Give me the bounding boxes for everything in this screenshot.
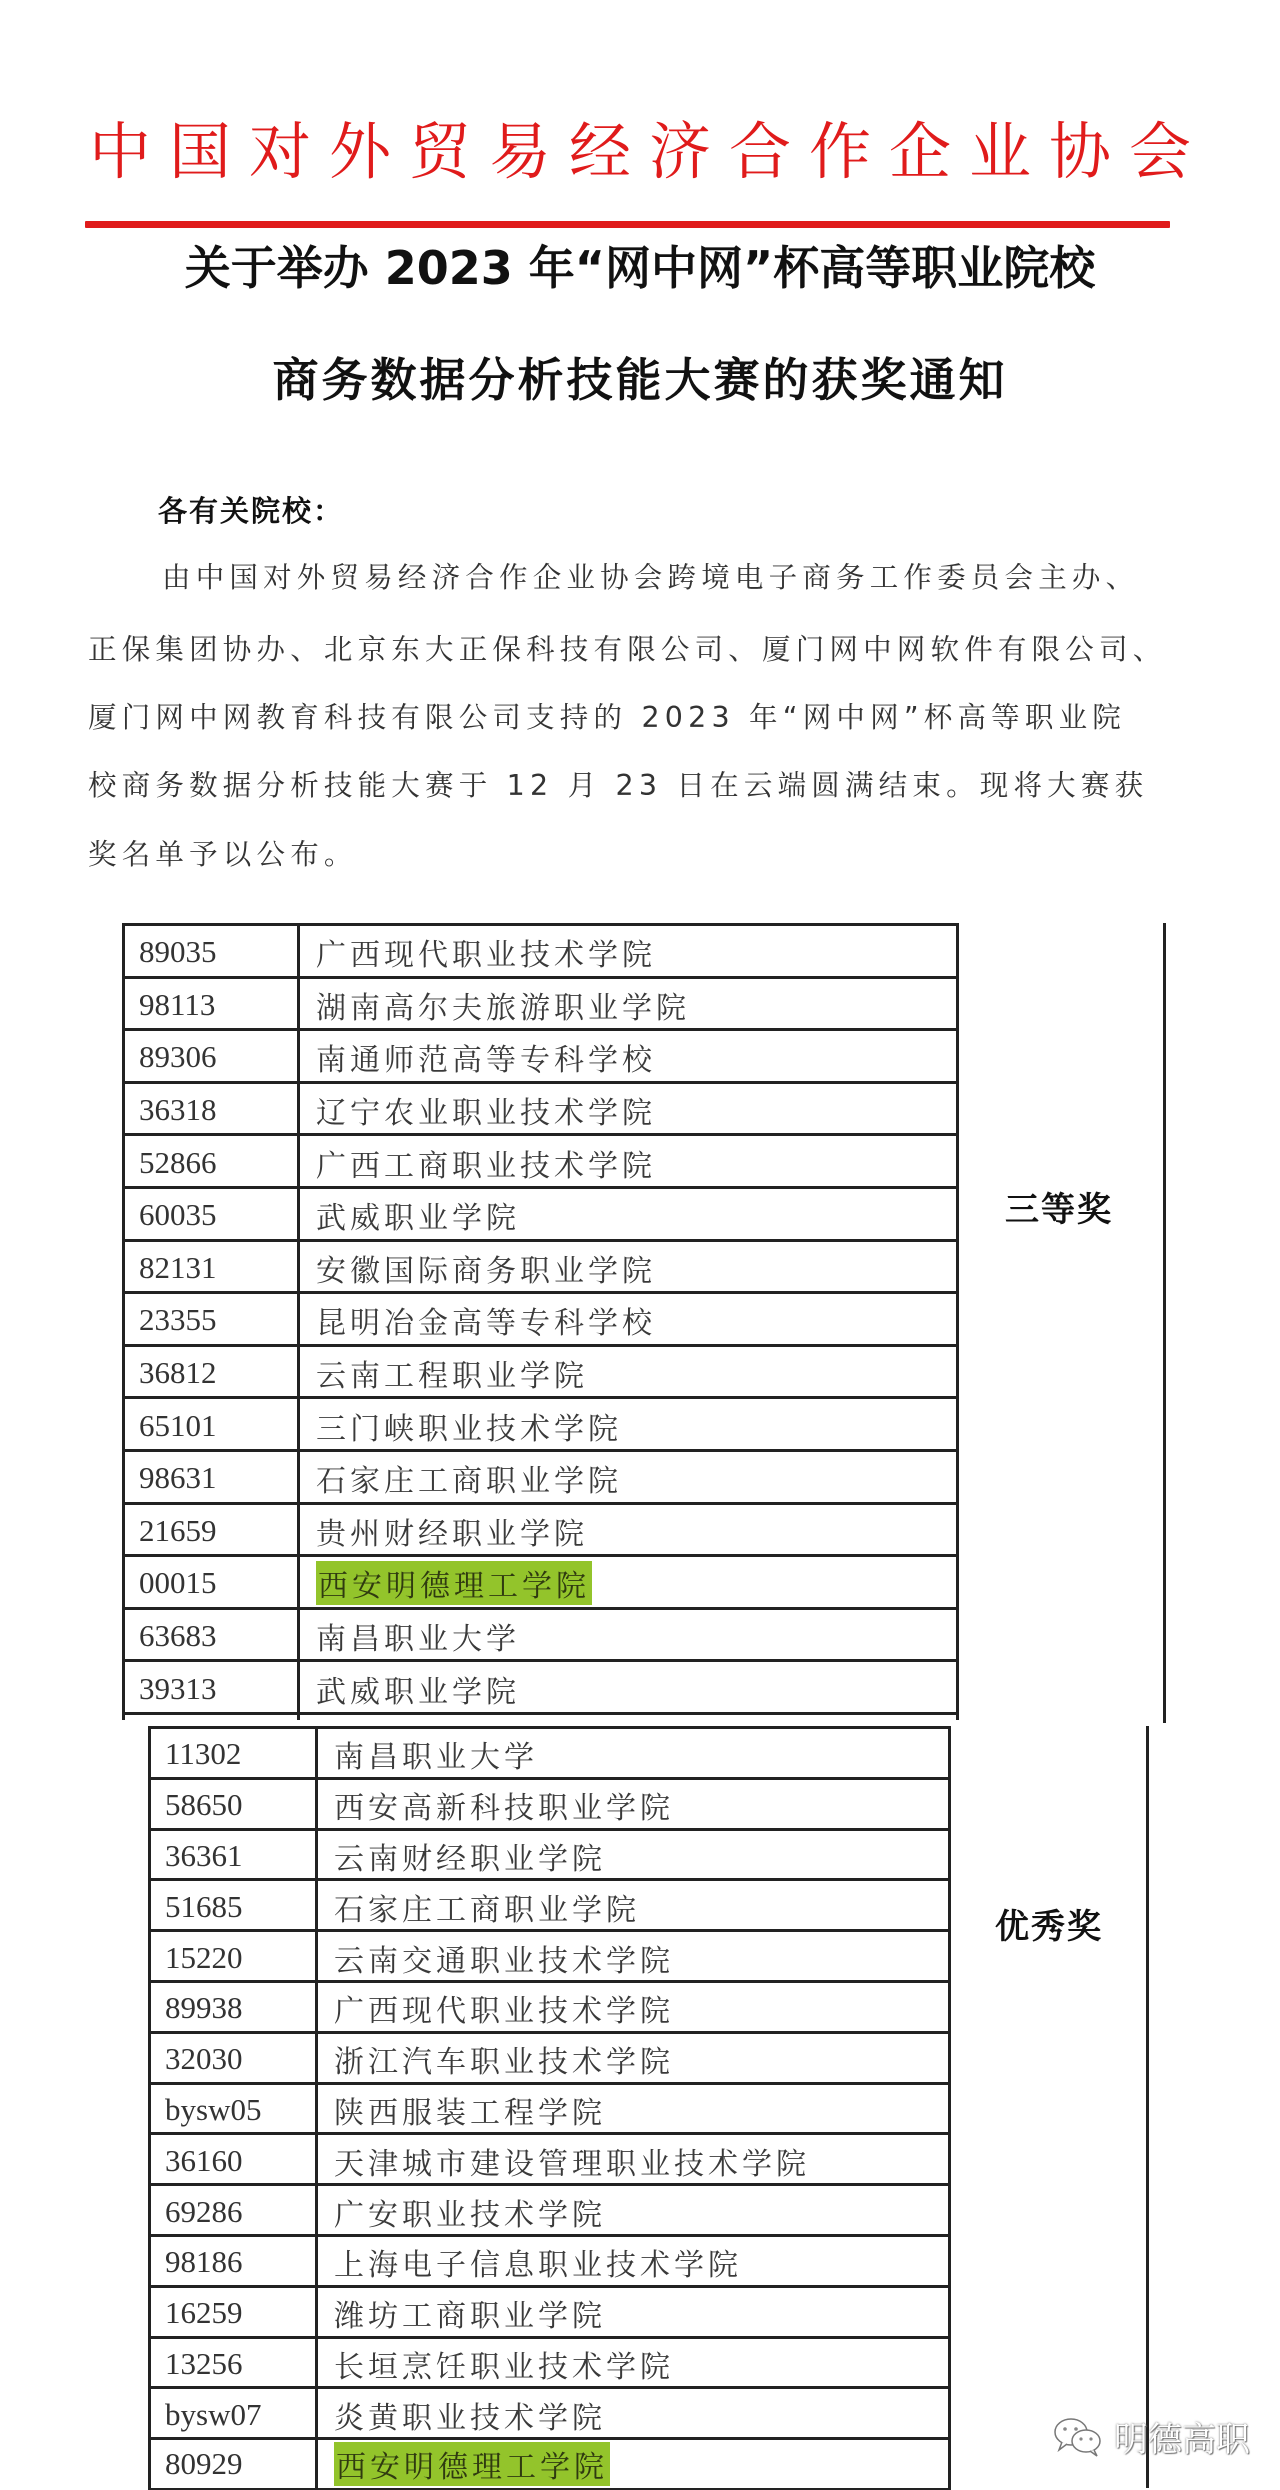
team-id-cell: 36361 <box>151 1831 318 1882</box>
org-char: 协 <box>1040 102 1120 191</box>
team-id-cell: 98113 <box>125 979 300 1032</box>
school-name-cell: 贵州财经职业学院 <box>300 1505 956 1558</box>
school-name: 潍坊工商职业学院 <box>334 2291 606 2335</box>
document-title-line-1: 关于举办 2023 年“网中网”杯高等职业院校 <box>0 232 1280 298</box>
table-row: 39313武威职业学院 <box>122 1659 959 1715</box>
team-id-cell: 52866 <box>125 1136 300 1189</box>
org-char: 合 <box>720 102 800 191</box>
team-id-cell: 89035 <box>125 926 300 979</box>
school-name-cell: 云南交通职业技术学院 <box>318 1932 948 1983</box>
watermark-text: 明德高职 <box>1114 2412 1250 2461</box>
team-id-cell: 89938 <box>151 1983 318 2034</box>
school-name-cell: 武威职业学院 <box>300 1662 956 1715</box>
team-id-cell: 51685 <box>151 1881 318 1932</box>
table-row: 89938广西现代职业技术学院 <box>148 1980 951 2034</box>
team-id-cell: 15220 <box>151 1932 318 1983</box>
school-name-cell: 石家庄工商职业学院 <box>300 1452 956 1505</box>
school-name: 云南交通职业技术学院 <box>334 1936 674 1980</box>
school-name: 浙江汽车职业技术学院 <box>334 2037 674 2081</box>
team-id-cell: 21659 <box>125 1505 300 1558</box>
school-name: 广西现代职业技术学院 <box>334 1986 674 2030</box>
table-row: 82131安徽国际商务职业学院 <box>122 1239 959 1295</box>
team-id-cell: 58650 <box>151 1780 318 1831</box>
table-row: 16259潍坊工商职业学院 <box>148 2285 951 2339</box>
org-char: 国 <box>160 102 240 191</box>
team-id-cell: 60035 <box>125 1189 300 1242</box>
school-name-cell: 浙江汽车职业技术学院 <box>318 2034 948 2085</box>
award-label-excellence: 优秀奖 <box>995 1899 1103 1948</box>
paragraph-line: 校商务数据分析技能大赛于 12 月 23 日在云端圆满结束。现将大赛获 <box>88 763 1148 804</box>
school-name: 广西现代职业技术学院 <box>316 930 656 974</box>
org-char: 业 <box>960 102 1040 191</box>
team-id-cell: 98631 <box>125 1452 300 1505</box>
table-row: 15220云南交通职业技术学院 <box>148 1929 951 1983</box>
school-name: 上海电子信息职业技术学院 <box>334 2240 742 2284</box>
school-name: 石家庄工商职业学院 <box>316 1456 622 1500</box>
school-name-cell: 昆明冶金高等专科学校 <box>300 1294 956 1347</box>
org-char: 外 <box>320 102 400 191</box>
team-id-cell: 63683 <box>125 1610 300 1663</box>
table-row: 80929西安明德理工学院 <box>148 2437 951 2490</box>
school-name: 湖南高尔夫旅游职业学院 <box>316 983 690 1027</box>
org-char: 经 <box>560 102 640 191</box>
paragraph-line: 厦门网中网教育科技有限公司支持的 2023 年“网中网”杯高等职业院 <box>88 695 1126 736</box>
table-row: 52866广西工商职业技术学院 <box>122 1133 959 1189</box>
school-name-cell: 上海电子信息职业技术学院 <box>318 2237 948 2288</box>
award-table-excellence: 11302南昌职业大学58650西安高新科技职业学院36361云南财经职业学院5… <box>148 1726 951 2490</box>
school-name-cell: 云南财经职业学院 <box>318 1831 948 1882</box>
table-row: 89306南通师范高等专科学校 <box>122 1028 959 1084</box>
school-name: 南昌职业大学 <box>316 1614 520 1658</box>
org-char: 贸 <box>400 102 480 191</box>
table-row: 23355昆明冶金高等专科学校 <box>122 1291 959 1347</box>
table-row: 63683南昌职业大学 <box>122 1607 959 1663</box>
school-name-cell: 西安明德理工学院 <box>318 2440 948 2488</box>
school-name: 云南财经职业学院 <box>334 1834 606 1878</box>
team-id-cell: 69286 <box>151 2186 318 2237</box>
award-group-bracket-line <box>1146 1726 1149 2488</box>
team-id-cell: 23355 <box>125 1294 300 1347</box>
paragraph-line: 由中国对外贸易经济合作企业协会跨境电子商务工作委员会主办、 <box>162 555 1139 596</box>
greeting: 各有关院校： <box>158 489 344 530</box>
team-id-cell: 65101 <box>125 1399 300 1452</box>
team-id-cell: 39313 <box>125 1662 300 1715</box>
table-row: 98631石家庄工商职业学院 <box>122 1449 959 1505</box>
school-name-cell: 潍坊工商职业学院 <box>318 2288 948 2339</box>
school-name-cell: 湖南高尔夫旅游职业学院 <box>300 979 956 1032</box>
school-name: 昆明冶金高等专科学校 <box>316 1298 656 1342</box>
team-id-cell <box>125 1715 300 1720</box>
table-row: bysw07炎黄职业技术学院 <box>148 2386 951 2440</box>
school-name-cell: 西安高新科技职业学院 <box>318 1780 948 1831</box>
award-label-third-prize: 三等奖 <box>1005 1182 1113 1231</box>
award-group-bracket-line <box>1163 923 1166 1723</box>
org-char: 对 <box>240 102 320 191</box>
school-name-cell: 石家庄工商职业学院 <box>318 1881 948 1932</box>
table-row: 65101三门峡职业技术学院 <box>122 1396 959 1452</box>
header-divider <box>85 221 1170 228</box>
org-char: 作 <box>800 102 880 191</box>
table-row: 21659贵州财经职业学院 <box>122 1502 959 1558</box>
team-id-cell: 00015 <box>125 1557 300 1610</box>
team-id-cell: 36160 <box>151 2135 318 2186</box>
table-row: 58650西安高新科技职业学院 <box>148 1777 951 1831</box>
school-name-cell: 广西工商职业技术学院 <box>300 1136 956 1189</box>
school-name: 石家庄工商职业学院 <box>334 1885 640 1929</box>
school-name: 云南工程职业学院 <box>316 1351 588 1395</box>
school-name: 武威职业学院 <box>316 1193 520 1237</box>
paragraph-line: 奖名单予以公布。 <box>88 832 358 873</box>
table-row: 36160天津城市建设管理职业技术学院 <box>148 2132 951 2186</box>
team-id-cell: 82131 <box>125 1242 300 1295</box>
school-name-cell: 南昌职业大学 <box>318 1729 948 1780</box>
table-row: 36361云南财经职业学院 <box>148 1828 951 1882</box>
school-name: 贵州财经职业学院 <box>316 1509 588 1553</box>
school-name: 辽宁农业职业技术学院 <box>316 1088 656 1132</box>
table-row: 36318辽宁农业职业技术学院 <box>122 1081 959 1137</box>
team-id-cell: 32030 <box>151 2034 318 2085</box>
school-name: 长垣烹饪职业技术学院 <box>334 2342 674 2386</box>
school-name: 武威职业学院 <box>316 1667 520 1711</box>
school-name: 安徽国际商务职业学院 <box>316 1246 656 1290</box>
school-name-cell: 三门峡职业技术学院 <box>300 1399 956 1452</box>
table-row: 36812云南工程职业学院 <box>122 1344 959 1400</box>
team-id-cell: 36318 <box>125 1084 300 1137</box>
document-title-line-2: 商务数据分析技能大赛的获奖通知 <box>0 344 1280 410</box>
school-name-cell: 安徽国际商务职业学院 <box>300 1242 956 1295</box>
team-id-cell: 98186 <box>151 2237 318 2288</box>
org-char: 企 <box>880 102 960 191</box>
team-id-cell: 89306 <box>125 1031 300 1084</box>
school-name-cell: 辽宁农业职业技术学院 <box>300 1084 956 1137</box>
table-row: 89035广西现代职业技术学院 <box>122 923 959 979</box>
team-id-cell: bysw07 <box>151 2389 318 2440</box>
school-name-cell: 广安职业技术学院 <box>318 2186 948 2237</box>
team-id-cell: bysw05 <box>151 2085 318 2136</box>
watermark: 明德高职 <box>1052 2412 1250 2461</box>
school-name: 广安职业技术学院 <box>334 2190 606 2234</box>
table-row: 51685石家庄工商职业学院 <box>148 1878 951 1932</box>
team-id-cell: 16259 <box>151 2288 318 2339</box>
team-id-cell: 36812 <box>125 1347 300 1400</box>
school-name-cell: 广西现代职业技术学院 <box>318 1983 948 2034</box>
table-row: bysw05陕西服装工程学院 <box>148 2082 951 2136</box>
school-name-cell: 长垣烹饪职业技术学院 <box>318 2339 948 2390</box>
school-name: 天津城市建设管理职业技术学院 <box>334 2139 810 2183</box>
org-char: 济 <box>640 102 720 191</box>
org-char: 易 <box>480 102 560 191</box>
table-row: 60035武威职业学院 <box>122 1186 959 1242</box>
school-name: 南昌职业大学 <box>334 1732 538 1776</box>
table-row: 98113湖南高尔夫旅游职业学院 <box>122 976 959 1032</box>
school-name: 广西工商职业技术学院 <box>316 1141 656 1185</box>
paragraph-line: 正保集团协办、北京东大正保科技有限公司、厦门网中网软件有限公司、 <box>88 627 1166 668</box>
school-name-cell: 陕西服装工程学院 <box>318 2085 948 2136</box>
school-name-cell: 南昌职业大学 <box>300 1610 956 1663</box>
school-name-cell: 天津城市建设管理职业技术学院 <box>318 2135 948 2186</box>
team-id-cell: 13256 <box>151 2339 318 2390</box>
table-row: 13256长垣烹饪职业技术学院 <box>148 2336 951 2390</box>
organization-header: 中 国 对 外 贸 易 经 济 合 作 企 业 协 会 <box>80 108 1200 184</box>
table-row: 32030浙江汽车职业技术学院 <box>148 2031 951 2085</box>
table-row: 69286广安职业技术学院 <box>148 2183 951 2237</box>
table-row: 11302南昌职业大学 <box>148 1726 951 1780</box>
org-char: 会 <box>1120 102 1200 191</box>
school-name: 西安高新科技职业学院 <box>334 1783 674 1827</box>
team-id-cell: 11302 <box>151 1729 318 1780</box>
table-row-partial <box>122 1712 959 1720</box>
team-id-cell: 80929 <box>151 2440 318 2488</box>
award-table-third-prize: 89035广西现代职业技术学院98113湖南高尔夫旅游职业学院89306南通师范… <box>122 923 959 1720</box>
school-name-cell: 广西现代职业技术学院 <box>300 926 956 979</box>
table-row: 98186上海电子信息职业技术学院 <box>148 2234 951 2288</box>
wechat-icon <box>1052 2415 1104 2459</box>
school-name-cell: 云南工程职业学院 <box>300 1347 956 1400</box>
school-name: 炎黄职业技术学院 <box>334 2393 606 2437</box>
school-name-cell: 武威职业学院 <box>300 1189 956 1242</box>
highlighted-school-name: 西安明德理工学院 <box>316 1561 592 1605</box>
table-row: 00015西安明德理工学院 <box>122 1554 959 1610</box>
school-name: 南通师范高等专科学校 <box>316 1035 656 1079</box>
org-char: 中 <box>80 102 160 191</box>
school-name-cell: 南通师范高等专科学校 <box>300 1031 956 1084</box>
school-name-cell: 炎黄职业技术学院 <box>318 2389 948 2440</box>
school-name-cell: 西安明德理工学院 <box>300 1557 956 1610</box>
highlighted-school-name: 西安明德理工学院 <box>334 2442 610 2486</box>
school-name: 三门峡职业技术学院 <box>316 1404 622 1448</box>
school-name: 陕西服装工程学院 <box>334 2088 606 2132</box>
